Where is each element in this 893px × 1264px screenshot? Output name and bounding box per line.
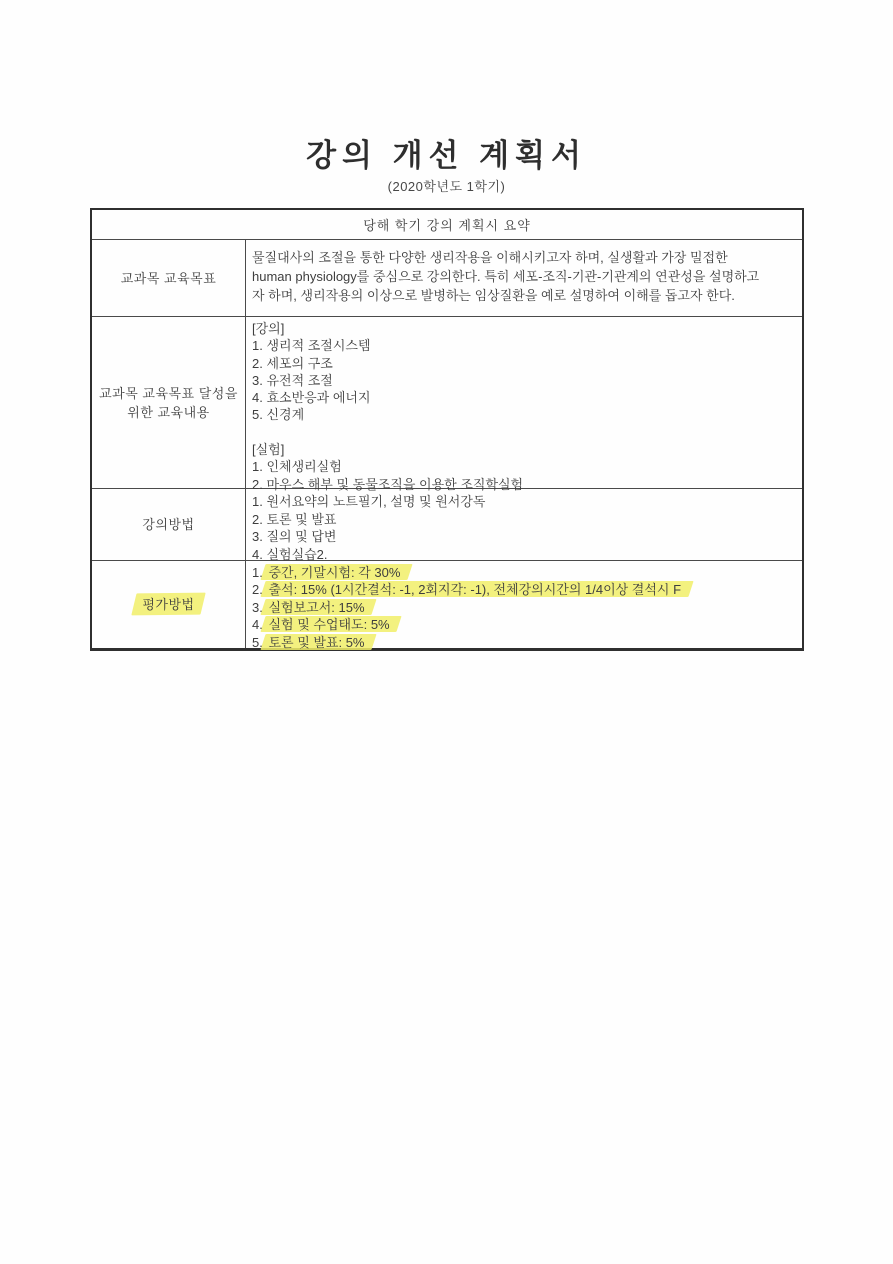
row-label-lecture-methods: 강의방법 [92, 489, 246, 560]
evaluation-item: 5. 토론 및 발표: 5% [252, 634, 794, 651]
course-plan-summary-table: 당해 학기 강의 계획시 요약 교과목 교육목표 물질대사의 조절을 통한 다양… [90, 208, 804, 651]
row-content-education-contents: [강의] 1. 생리적 조절시스템 2. 세포의 구조 3. 유전적 조절 4.… [246, 317, 802, 488]
evaluation-item: 2. 출석: 15% (1시간결석: -1, 2회지각: -1), 전체강의시간… [252, 581, 794, 598]
scanned-document-page: 강의 개선 계획서 (2020학년도 1학기) 당해 학기 강의 계획시 요약 … [0, 0, 893, 1264]
evaluation-item: 4. 실험 및 수업태도: 5% [252, 616, 794, 633]
row-content-lecture-methods: 1. 원서요약의 노트필기, 설명 및 원서강독 2. 토론 및 발표 3. 질… [246, 489, 802, 560]
table-row-education-contents: 교과목 교육목표 달성을 위한 교육내용 [강의] 1. 생리적 조절시스템 2… [92, 316, 802, 488]
evaluation-item: 1. 중간, 기말시험: 각 30% [252, 564, 794, 581]
evaluation-item-text-highlighted: 실험보고서: 15% [266, 600, 366, 615]
table-row-evaluation-methods: 평가방법 1. 중간, 기말시험: 각 30% 2. 출석: 15% (1시간결… [92, 560, 802, 648]
row-label-course-objectives: 교과목 교육목표 [92, 240, 246, 316]
document-title: 강의 개선 계획서 [0, 130, 893, 175]
row-content-course-objectives: 물질대사의 조절을 통한 다양한 생리작용을 이해시키고자 하며, 실생활과 가… [246, 240, 802, 316]
row-content-evaluation-methods: 1. 중간, 기말시험: 각 30% 2. 출석: 15% (1시간결석: -1… [246, 561, 802, 648]
document-subtitle: (2020학년도 1학기) [0, 176, 893, 195]
table-row-course-objectives: 교과목 교육목표 물질대사의 조절을 통한 다양한 생리작용을 이해시키고자 하… [92, 239, 802, 316]
evaluation-item-text-highlighted: 중간, 기말시험: 각 30% [266, 565, 402, 580]
table-header-title: 당해 학기 강의 계획시 요약 [92, 210, 802, 239]
evaluation-label-highlighted: 평가방법 [139, 594, 197, 615]
evaluation-item-text-highlighted: 실험 및 수업태도: 5% [266, 617, 391, 632]
evaluation-item-text-highlighted: 토론 및 발표: 5% [266, 635, 366, 650]
evaluation-item: 3. 실험보고서: 15% [252, 599, 794, 616]
evaluation-item-text-highlighted: 출석: 15% (1시간결석: -1, 2회지각: -1), 전체강의시간의 1… [266, 582, 683, 597]
row-label-evaluation-methods: 평가방법 [92, 561, 246, 648]
row-label-education-contents: 교과목 교육목표 달성을 위한 교육내용 [92, 317, 246, 488]
table-row-lecture-methods: 강의방법 1. 원서요약의 노트필기, 설명 및 원서강독 2. 토론 및 발표… [92, 488, 802, 560]
